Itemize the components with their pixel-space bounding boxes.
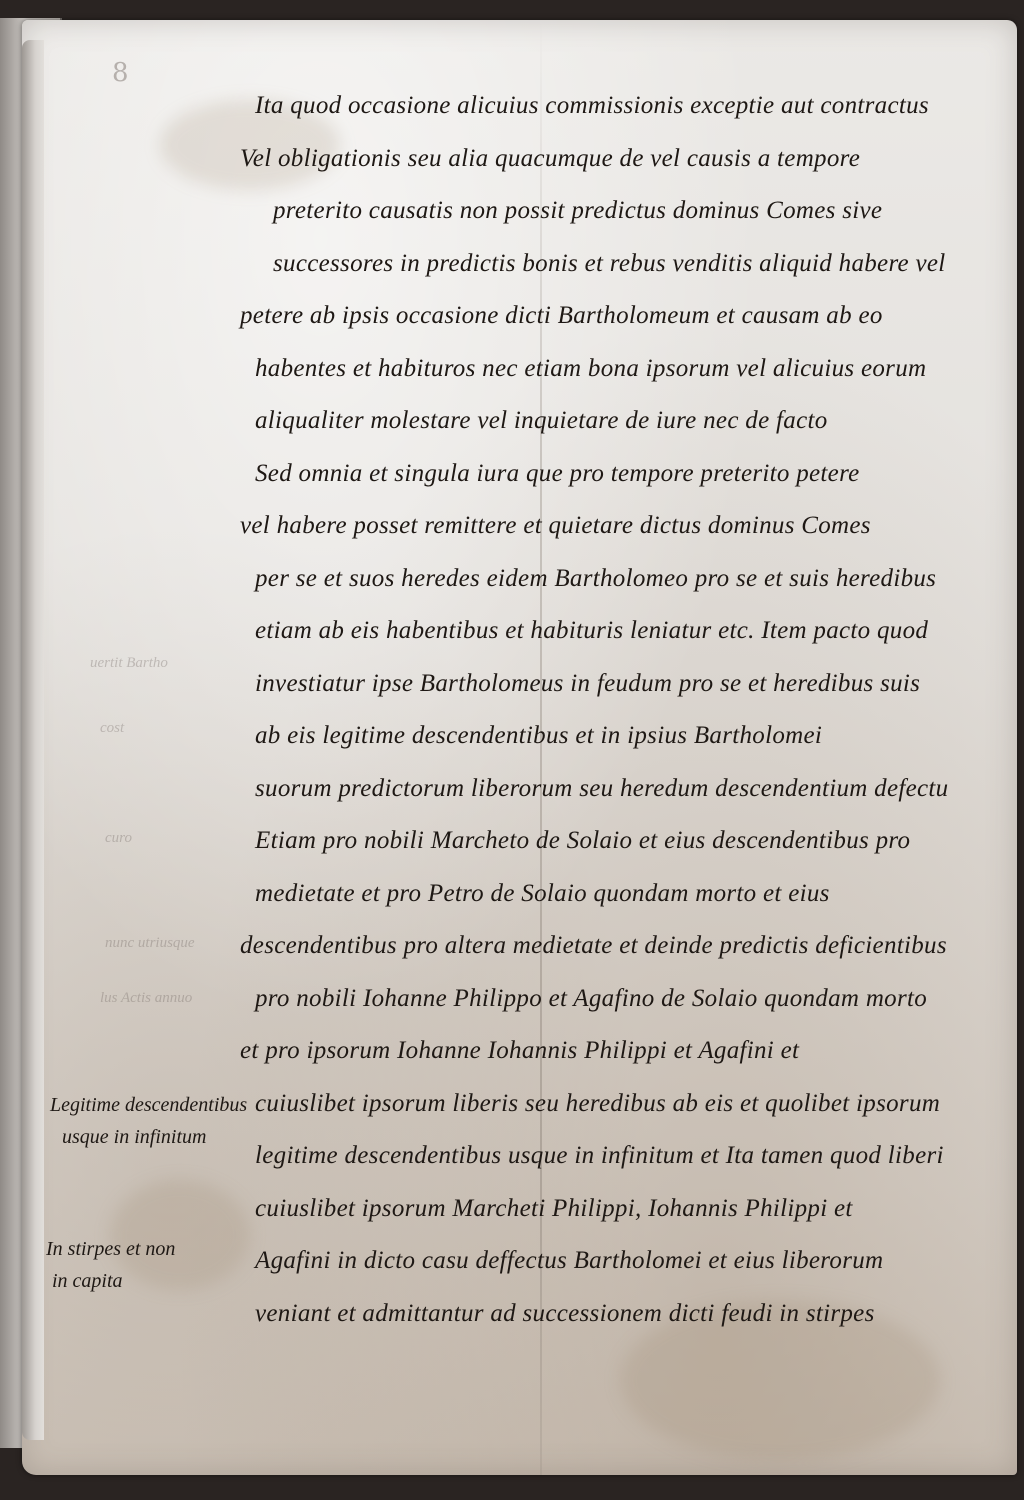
bleed-through-text: uertit Bartho: [90, 655, 168, 672]
paper-stain: [110, 1180, 250, 1290]
manuscript-line: veniant et admittantur ad successionem d…: [255, 1288, 1000, 1341]
manuscript-line: successores in predictis bonis et rebus …: [273, 238, 1000, 291]
manuscript-line: investiatur ipse Bartholomeus in feudum …: [255, 658, 1000, 711]
manuscript-line: suorum predictorum liberorum seu heredum…: [255, 763, 1000, 816]
manuscript-line: per se et suos heredes eidem Bartholomeo…: [255, 553, 1000, 606]
bleed-through-text: nunc utriusque: [105, 935, 195, 952]
manuscript-line: Ita quod occasione alicuius commissionis…: [255, 80, 1000, 133]
margin-note: In stirpes et non: [46, 1236, 175, 1262]
manuscript-line: Vel obligationis seu alia quacumque de v…: [240, 133, 1000, 186]
manuscript-line: etiam ab eis habentibus et habituris len…: [255, 605, 1000, 658]
page-number: 8: [112, 58, 129, 88]
manuscript-body: Ita quod occasione alicuius commissionis…: [255, 80, 1000, 1340]
manuscript-line: cuiuslibet ipsorum liberis seu heredibus…: [255, 1078, 1000, 1131]
bleed-through-text: curo: [105, 830, 132, 847]
margin-note: Legitime descendentibus: [50, 1092, 247, 1118]
manuscript-line: habentes et habituros nec etiam bona ips…: [255, 343, 1000, 396]
manuscript-line: ab eis legitime descendentibus et in ips…: [255, 710, 1000, 763]
manuscript-line: legitime descendentibus usque in infinit…: [255, 1130, 1000, 1183]
manuscript-line: petere ab ipsis occasione dicti Bartholo…: [240, 290, 1000, 343]
margin-note: usque in infinitum: [62, 1124, 206, 1150]
manuscript-line: vel habere posset remittere et quietare …: [240, 500, 1000, 553]
folio-left-fold: [22, 40, 44, 1440]
bleed-through-text: lus Actis annuo: [100, 990, 192, 1007]
margin-note: in capita: [52, 1268, 123, 1294]
manuscript-scene: 8 uertit Bartho cost curo nunc utriusque…: [0, 0, 1024, 1500]
manuscript-line: aliqualiter molestare vel inquietare de …: [255, 395, 1000, 448]
bleed-through-text: cost: [100, 720, 124, 737]
manuscript-line: et pro ipsorum Iohanne Iohannis Philippi…: [240, 1025, 1000, 1078]
manuscript-line: cuiuslibet ipsorum Marcheti Philippi, Io…: [255, 1183, 1000, 1236]
manuscript-line: Agafini in dicto casu deffectus Bartholo…: [255, 1235, 1000, 1288]
manuscript-line: Etiam pro nobili Marcheto de Solaio et e…: [255, 815, 1000, 868]
manuscript-line: descendentibus pro altera medietate et d…: [240, 920, 1000, 973]
manuscript-line: medietate et pro Petro de Solaio quondam…: [255, 868, 1000, 921]
manuscript-line: pro nobili Iohanne Philippo et Agafino d…: [255, 973, 1000, 1026]
manuscript-line: Sed omnia et singula iura que pro tempor…: [255, 448, 1000, 501]
manuscript-line: preterito causatis non possit predictus …: [273, 185, 1000, 238]
